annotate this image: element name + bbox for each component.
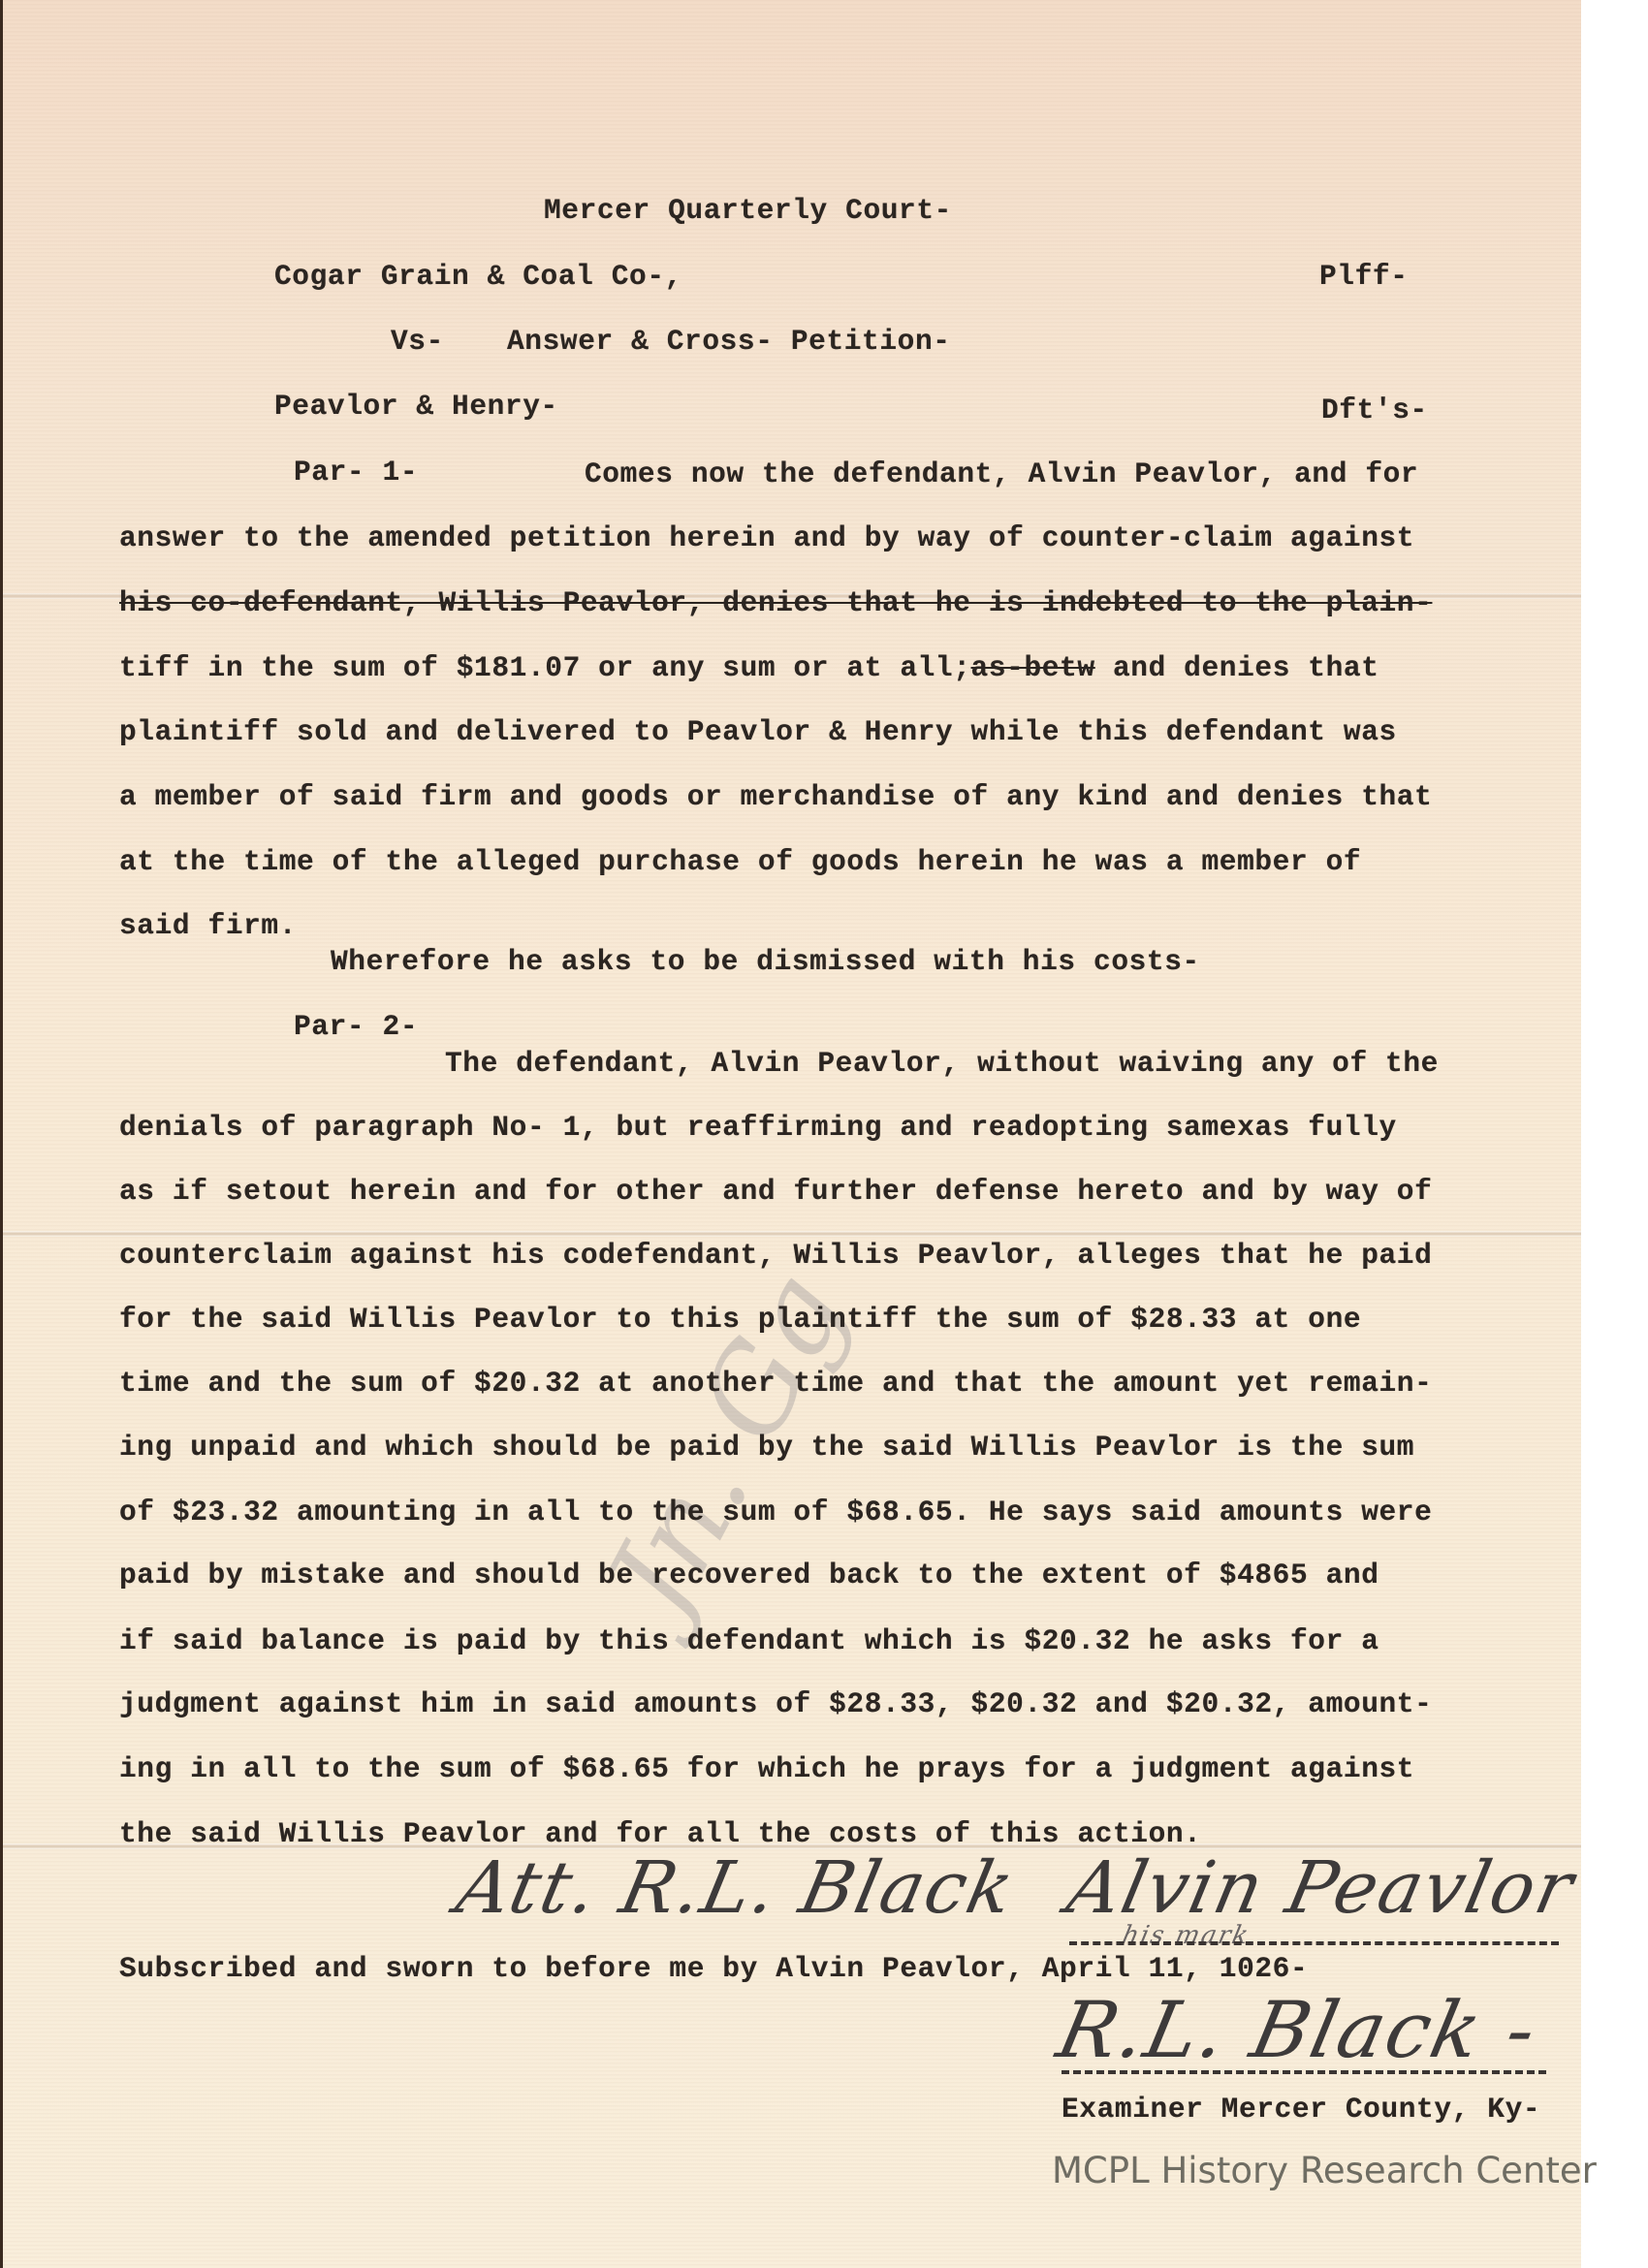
paragraph-line: tiff in the sum of $181.07 or any sum or… xyxy=(119,651,1379,684)
paragraph-line: at the time of the alleged purchase of g… xyxy=(119,845,1361,878)
paragraph-line: The defendant, Alvin Peavlor, without wa… xyxy=(445,1047,1439,1080)
paragraph-line: the said Willis Peavlor and for all the … xyxy=(119,1817,1201,1850)
paragraph-label: Par- 1- xyxy=(294,456,418,488)
paragraph-line: as if setout herein and for other and fu… xyxy=(119,1175,1432,1208)
paragraph-line: paid by mistake and should be recovered … xyxy=(119,1559,1379,1591)
paragraph-line: Comes now the defendant, Alvin Peavlor, … xyxy=(585,457,1418,490)
examiner-title: Examiner Mercer County, Ky- xyxy=(1062,2093,1540,2126)
paragraph-line: denials of paragraph No- 1, but reaffirm… xyxy=(119,1111,1397,1144)
defendant-role: Dft's- xyxy=(1321,394,1428,426)
signature-mark: his mark xyxy=(1120,1921,1252,1950)
line-text: tiff in the sum of $181.07 or any sum or… xyxy=(119,651,971,684)
versus-label: Vs- xyxy=(391,325,444,358)
paragraph-line: said firm. xyxy=(119,909,297,942)
archive-watermark: MCPL History Research Center xyxy=(1052,2150,1597,2191)
court-name: Mercer Quarterly Court- xyxy=(544,194,952,227)
jurat-text: Subscribed and sworn to before me by Alv… xyxy=(119,1952,1308,1985)
paragraph-line: plaintiff sold and delivered to Peavlor … xyxy=(119,715,1397,748)
attest-signature: Att. R.L. Black xyxy=(450,1846,1023,1930)
paragraph-line: if said balance is paid by this defendan… xyxy=(119,1624,1379,1657)
paragraph-line: ing in all to the sum of $68.65 for whic… xyxy=(119,1752,1414,1785)
pleading-title: Answer & Cross- Petition- xyxy=(507,325,951,358)
paragraph-line: counterclaim against his codefendant, Wi… xyxy=(119,1239,1432,1272)
paragraph-line: of $23.32 amounting in all to the sum of… xyxy=(119,1496,1432,1528)
paragraph-line: his co-defendant, Willis Peavlor, denies… xyxy=(119,586,1432,619)
paragraph-label: Par- 2- xyxy=(294,1010,418,1043)
plaintiff-role: Plff- xyxy=(1319,260,1409,293)
signature-line xyxy=(1069,1941,1559,1945)
paragraph-line: judgment against him in said amounts of … xyxy=(119,1687,1432,1720)
examiner-signature: R.L. Black - xyxy=(1050,1985,1545,2075)
paragraph-line: a member of said firm and goods or merch… xyxy=(119,780,1432,813)
paragraph-line: answer to the amended petition herein an… xyxy=(119,521,1414,554)
paragraph-line: for the said Willis Peavlor to this plai… xyxy=(119,1303,1361,1336)
struck-text: as-betw xyxy=(971,651,1095,684)
plaintiff-name: Cogar Grain & Coal Co-, xyxy=(274,260,682,293)
paragraph-line: ing unpaid and which should be paid by t… xyxy=(119,1431,1414,1464)
defendant-name: Peavlor & Henry- xyxy=(274,390,558,423)
line-text: and denies that xyxy=(1095,651,1379,684)
wherefore-clause: Wherefore he asks to be dismissed with h… xyxy=(331,945,1200,978)
defendant-signature: Alvin Peavlor xyxy=(1061,1846,1582,1930)
document-page: Jn. Gg Mercer Quarterly Court- Cogar Gra… xyxy=(0,0,1581,2268)
signature-line xyxy=(1062,2070,1546,2074)
fold-crease xyxy=(3,1231,1581,1237)
paragraph-line: time and the sum of $20.32 at another ti… xyxy=(119,1367,1432,1400)
